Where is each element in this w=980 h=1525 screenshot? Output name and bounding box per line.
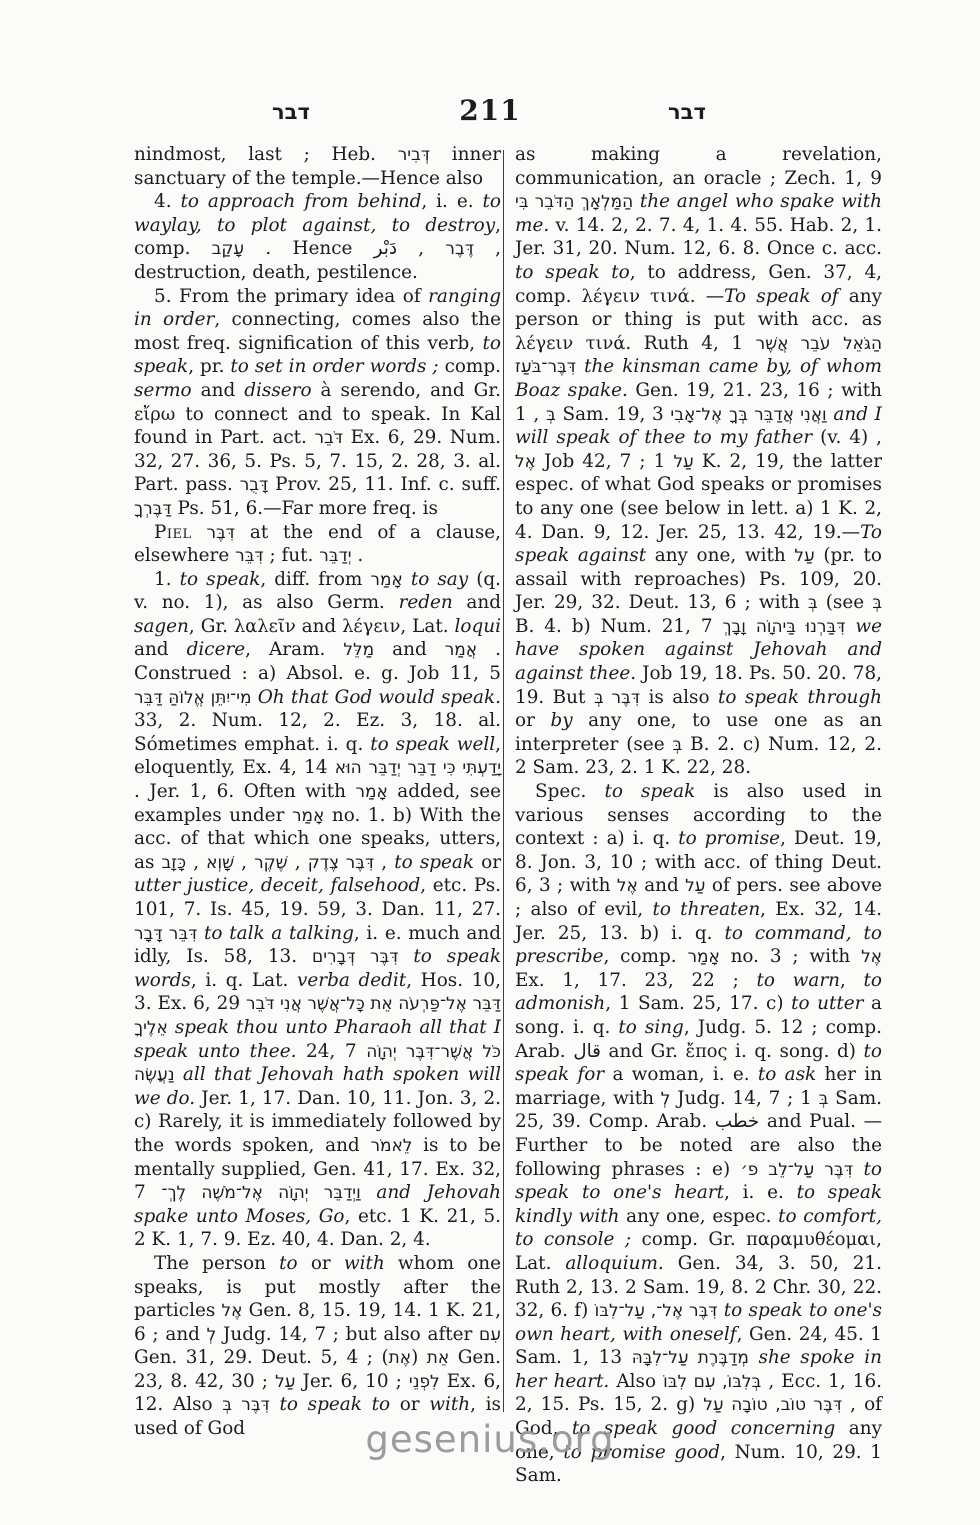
paragraph: 4. to approach from behind, i. e. to way… (134, 190, 501, 284)
header-hebrew-right: דבר (668, 100, 706, 124)
left-column: nindmost, last ; Heb. דְּבִיר inner sanc… (134, 143, 501, 1488)
running-head: 211 דבר דבר (0, 94, 980, 134)
header-hebrew-left: דבר (272, 100, 310, 124)
text-columns: nindmost, last ; Heb. דְּבִיר inner sanc… (134, 143, 882, 1488)
paragraph: 1. to speak, diff. from אָמַר to say (q.… (134, 568, 501, 1252)
paragraph: Piel דִּבֶּר at the end of a clause, els… (134, 521, 501, 568)
watermark: gesenius.org (0, 1418, 980, 1461)
right-column: as making a revelation, communication, a… (515, 143, 882, 1488)
paragraph: as making a revelation, communication, a… (515, 143, 882, 780)
paragraph: Spec. to speak is also used in various s… (515, 780, 882, 1488)
paragraph: 5. From the primary idea of ranging in o… (134, 285, 501, 521)
paragraph: The person to or with whom one speaks, i… (134, 1252, 501, 1441)
dictionary-page: 211 דבר דבר nindmost, last ; Heb. דְּבִי… (0, 0, 980, 1525)
page-number: 211 (0, 94, 980, 127)
paragraph: nindmost, last ; Heb. דְּבִיר inner sanc… (134, 143, 501, 190)
